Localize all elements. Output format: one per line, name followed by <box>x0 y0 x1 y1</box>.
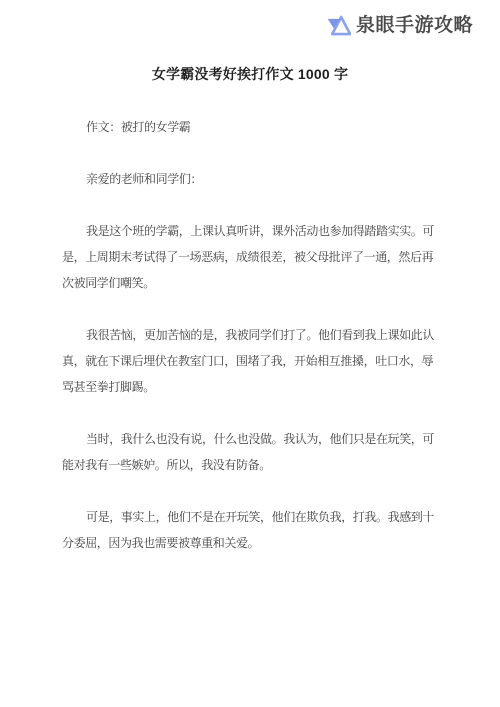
paragraph-essay-label: 作文：被打的女学霸 <box>62 114 438 140</box>
site-logo[interactable]: 泉眼手游攻略 <box>326 12 473 40</box>
paragraph-body-2: 我很苦恼，更加苦恼的是，我被同学们打了。他们看到我上课如此认真，就在下课后埋伏在… <box>62 322 438 400</box>
article-title: 女学霸没考好挨打作文 1000 字 <box>0 61 500 87</box>
article-body: 作文：被打的女学霸 亲爱的老师和同学们： 我是这个班的学霸，上课认真听讲，课外活… <box>0 87 500 622</box>
paragraph-salutation: 亲爱的老师和同学们： <box>62 166 438 192</box>
paragraph-body-4: 可是，事实上，他们不是在开玩笑，他们在欺负我，打我。我感到十分委屈，因为我也需要… <box>62 504 438 556</box>
page: 泉眼手游攻略 女学霸没考好挨打作文 1000 字 作文：被打的女学霸 亲爱的老师… <box>0 0 500 707</box>
site-logo-text: 泉眼手游攻略 <box>356 12 473 40</box>
paragraph-body-1: 我是这个班的学霸，上课认真听讲，课外活动也参加得踏踏实实。可是，上周期末考试得了… <box>62 218 438 296</box>
triangle-logo-icon <box>326 12 351 40</box>
paragraph-body-3: 当时，我什么也没有说，什么也没做。我认为，他们只是在玩笑，可能对我有一些嫉妒。所… <box>62 426 438 478</box>
